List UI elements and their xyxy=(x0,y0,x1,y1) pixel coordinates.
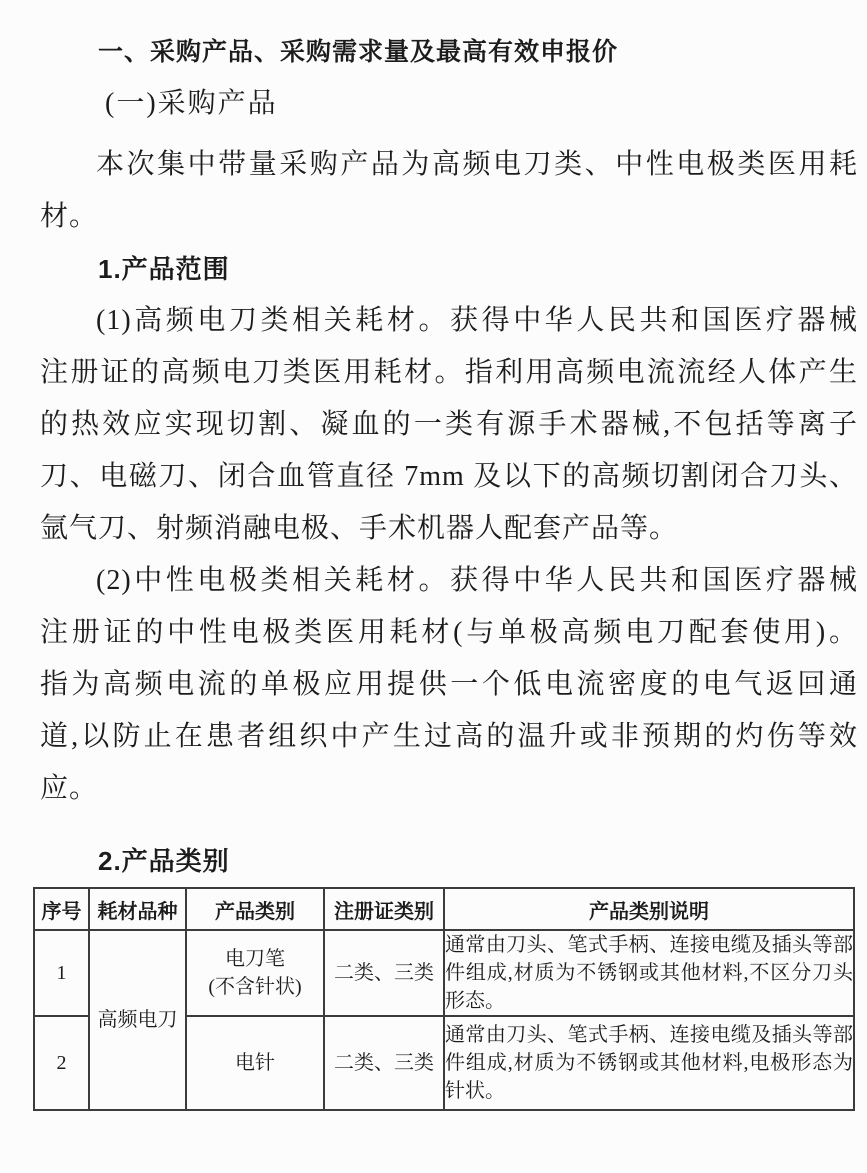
category-name: 电刀笔 xyxy=(187,945,323,973)
cell-reg-class: 二类、三类 xyxy=(324,1016,444,1110)
paragraph-scope-item-1: (1)高频电刀类相关耗材。获得中华人民共和国医疗器械 注册证的高频电刀类医用耗材… xyxy=(40,295,858,555)
header-category: 产品类别 xyxy=(186,888,324,930)
text-line: 的热效应实现切割、凝血的一类有源手术器械,不包括等离子 xyxy=(40,399,858,451)
cell-category: 电针 xyxy=(186,1016,324,1110)
cell-description: 通常由刀头、笔式手柄、连接电缆及插头等部件组成,材质为不锈钢或其他材料,不区分刀… xyxy=(444,930,854,1016)
text-line: 注册证的高频电刀类医用耗材。指利用高频电流流经人体产生 xyxy=(40,347,858,399)
cell-description: 通常由刀头、笔式手柄、连接电缆及插头等部件组成,材质为不锈钢或其他材料,电极形态… xyxy=(444,1016,854,1110)
cell-category: 电刀笔 (不含针状) xyxy=(186,930,324,1016)
intro-paragraph: 本次集中带量采购产品为高频电刀类、中性电极类医用耗 材。 xyxy=(40,139,858,243)
text-line: 应。 xyxy=(40,763,858,815)
text-line: 刀、电磁刀、闭合血管直径 7mm 及以下的高频切割闭合刀头、 xyxy=(40,451,858,503)
table-row: 1 高频电刀 电刀笔 (不含针状) 二类、三类 通常由刀头、笔式手柄、连接电缆及… xyxy=(34,930,854,1016)
cell-reg-class: 二类、三类 xyxy=(324,930,444,1016)
page-title: 一、采购产品、采购需求量及最高有效申报价 xyxy=(40,26,858,78)
cell-variety-merged: 高频电刀 xyxy=(89,930,186,1110)
paragraph-scope-item-2: (2)中性电极类相关耗材。获得中华人民共和国医疗器械 注册证的中性电极类医用耗材… xyxy=(40,555,858,815)
text-line: 本次集中带量采购产品为高频电刀类、中性电极类医用耗 xyxy=(40,139,858,191)
section-heading-purchase-products: (一)采购产品 xyxy=(40,78,858,130)
header-variety: 耗材品种 xyxy=(89,888,186,930)
table-header-row: 序号 耗材品种 产品类别 注册证类别 产品类别说明 xyxy=(34,888,854,930)
category-name: 电针 xyxy=(187,1049,323,1077)
text-line: (1)高频电刀类相关耗材。获得中华人民共和国医疗器械 xyxy=(40,295,858,347)
text-line: 氩气刀、射频消融电极、手术机器人配套产品等。 xyxy=(40,503,858,555)
category-note: (不含针状) xyxy=(187,973,323,1001)
document-page: 一、采购产品、采购需求量及最高有效申报价 (一)采购产品 本次集中带量采购产品为… xyxy=(0,0,867,1173)
text-line: 道,以防止在患者组织中产生过高的温升或非预期的灼伤等效 xyxy=(40,711,858,763)
text-line: 指为高频电流的单极应用提供一个低电流密度的电气返回通 xyxy=(40,659,858,711)
text-line: (2)中性电极类相关耗材。获得中华人民共和国医疗器械 xyxy=(40,555,858,607)
cell-seq: 1 xyxy=(34,930,89,1016)
text-line: 材。 xyxy=(40,191,858,243)
subheading-product-scope: 1.产品范围 xyxy=(40,243,858,295)
header-reg-class: 注册证类别 xyxy=(324,888,444,930)
header-seq: 序号 xyxy=(34,888,89,930)
subheading-product-category: 2.产品类别 xyxy=(40,835,858,887)
header-description: 产品类别说明 xyxy=(444,888,854,930)
product-category-table: 序号 耗材品种 产品类别 注册证类别 产品类别说明 1 高频电刀 电刀笔 (不含… xyxy=(33,887,855,1111)
cell-seq: 2 xyxy=(34,1016,89,1110)
text-line: 注册证的中性电极类医用耗材(与单极高频电刀配套使用)。 xyxy=(40,607,858,659)
